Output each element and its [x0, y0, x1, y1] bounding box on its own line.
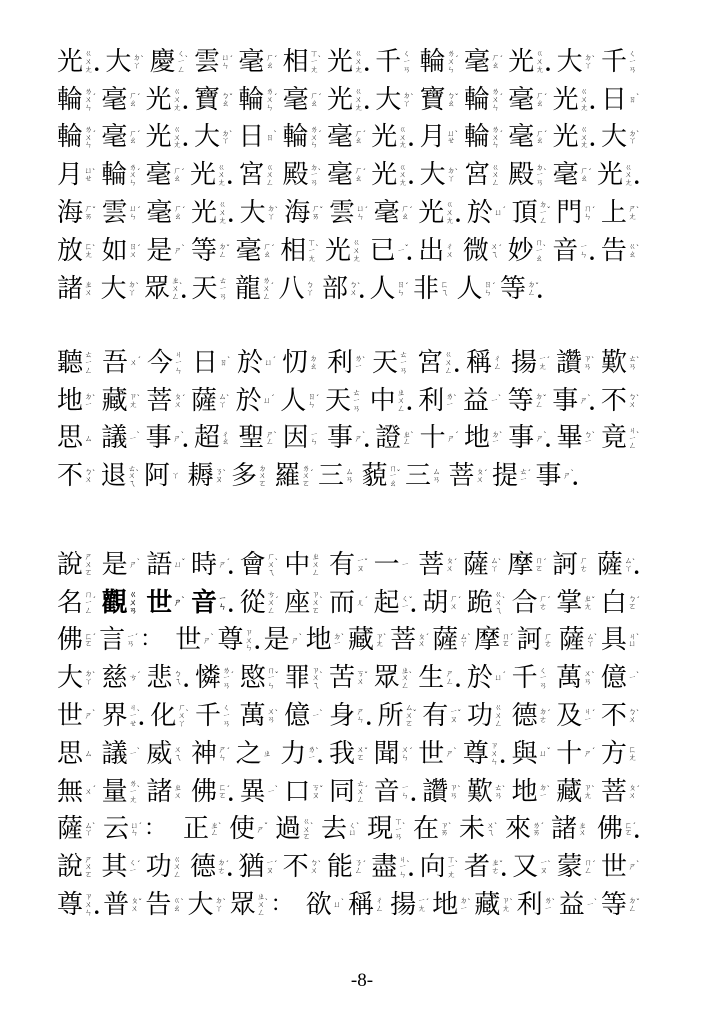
- tone-mark: ˊ: [92, 634, 96, 642]
- annotated-character: 大ㄉㄚˋ: [105, 49, 144, 75]
- punctuation-period: .: [228, 594, 234, 616]
- tone-mark: ˇ: [457, 710, 461, 718]
- annotated-character: 耨ㄋㄡˋ: [188, 463, 227, 489]
- zhuyin-annotation: ㄏㄠˊ: [265, 54, 274, 70]
- zhuyin-annotation: ㄓㄨ: [578, 822, 587, 838]
- hanzi: 千: [195, 703, 221, 729]
- annotated-character: 告ㄍㄠˋ: [601, 238, 640, 264]
- hanzi: 功: [467, 703, 493, 729]
- zhuyin-annotation: ㄑㄧㄥˋ: [177, 50, 186, 73]
- hanzi: 我: [329, 741, 355, 767]
- hanzi: 具: [601, 627, 627, 653]
- text-line: 輪ㄌㄨㄣˊ毫ㄏㄠˊ光ㄍㄨㄤ.寶ㄅㄠˇ輪ㄌㄨㄣˊ毫ㄏㄠˊ光ㄍㄨㄤ.大ㄉㄚˋ寶ㄅㄠˇ…: [57, 81, 640, 119]
- zhuyin-annotation: ㄕㄨㄛ: [84, 553, 93, 576]
- text-line: 放ㄈㄤˋ如ㄖㄨˊ是ㄕˋ等ㄉㄥˇ毫ㄏㄠˊ相ㄒㄧㄤˋ光ㄍㄨㄤ已ㄧˇ.出ㄔㄨ微ㄨㄟˊ妙…: [57, 232, 640, 270]
- punctuation-period: .: [254, 631, 260, 653]
- zhuyin-symbol: ㄤ: [354, 66, 362, 74]
- zhuyin-symbol: ㄢ: [400, 367, 408, 375]
- annotated-character: 諸ㄓㄨ: [146, 779, 185, 805]
- zhuyin-symbol: ㄣ: [399, 871, 407, 879]
- zhuyin-annotation: ㄈㄛˊ: [218, 784, 227, 800]
- hanzi: 世: [146, 590, 172, 616]
- zhuyin-annotation: ㄍㄨㄤ: [352, 239, 361, 262]
- annotated-character: 益ㄧˋ: [559, 892, 598, 918]
- zhuyin-symbol: ㄚ: [178, 720, 186, 728]
- zhuyin-annotation: ㄍㄠˋ: [628, 243, 637, 259]
- zhuyin-annotation: ㄉㄚˋ: [584, 54, 593, 70]
- annotated-character: 未ㄨㄟˋ: [459, 816, 498, 842]
- annotated-character: 事ㄕˋ.: [552, 388, 595, 414]
- zhuyin-annotation: ㄗㄢˋ: [583, 355, 592, 371]
- hanzi: 龍: [235, 276, 261, 302]
- hanzi: 事: [552, 388, 578, 414]
- hanzi: 地: [512, 779, 538, 805]
- annotated-character: 三ㄙㄢ: [318, 463, 357, 489]
- annotated-character: 宮ㄍㄨㄥ: [464, 162, 503, 188]
- tone-mark: ˊ: [543, 94, 547, 102]
- zhuyin-annotation: ㄩˋ: [333, 901, 342, 909]
- hanzi: 云: [103, 816, 129, 842]
- tone-mark: ˋ: [509, 899, 513, 907]
- hanzi: 不: [601, 388, 627, 414]
- hanzi: 會: [240, 552, 266, 578]
- zhuyin-annotation: ㄏㄨˊ: [449, 595, 458, 611]
- zhuyin-symbol: ㄠ: [389, 480, 397, 488]
- tone-mark: ˋ: [502, 786, 506, 794]
- zhuyin-annotation: ㄉㄚˋ: [628, 130, 637, 146]
- annotated-character: 者ㄓㄜˇ.: [464, 854, 507, 880]
- tone-mark: ˊ: [546, 357, 550, 365]
- tone-mark: ˊ: [138, 823, 142, 831]
- annotated-character: 天ㄊㄧㄢ: [372, 350, 411, 376]
- hanzi: 大: [375, 87, 401, 113]
- punctuation-colon: ：: [142, 816, 168, 842]
- tone-mark: ˊ: [502, 207, 506, 215]
- zhuyin-symbol: ㄥ: [445, 367, 453, 375]
- annotated-character: 毫ㄏㄠˊ: [508, 87, 547, 113]
- hanzi: 揚: [390, 892, 416, 918]
- hanzi: 普: [103, 892, 129, 918]
- tone-mark: ˇ: [181, 559, 185, 567]
- zhuyin-annotation: ㄌㄨㄛˊ: [302, 465, 311, 488]
- zhuyin-annotation: ㄓㄨ: [84, 281, 93, 297]
- tone-mark: ˇ: [319, 786, 323, 794]
- annotated-character: 光ㄍㄨㄤ.: [508, 49, 551, 75]
- zhuyin-annotation: ㄍㄨㄤ: [218, 201, 227, 224]
- annotated-character: 佛ㄈㄛˊ.: [191, 779, 234, 805]
- annotated-character: 音ㄧㄣ.: [374, 779, 417, 805]
- hanzi: 薩: [597, 552, 623, 578]
- zhuyin-annotation: ㄏㄨㄟˋ: [267, 553, 276, 576]
- tone-mark: ˋ: [547, 786, 551, 794]
- zhuyin-annotation: ㄨˊ: [129, 359, 138, 367]
- text-line: 尊ㄗㄨㄣ.普ㄆㄨˇ告ㄍㄠˋ大ㄉㄚˋ眾ㄓㄨㄥˋ：欲ㄩˋ稱ㄔㄥ揚ㄧㄤˊ地ㄉㄧˋ藏ㄗㄤ…: [57, 886, 640, 924]
- tone-mark: ˊ: [405, 283, 409, 291]
- hanzi: 光: [327, 87, 353, 113]
- zhuyin-annotation: ㄑㄧㄢ: [628, 50, 637, 73]
- hanzi: 語: [146, 552, 172, 578]
- zhuyin-symbol: ㄥ: [397, 405, 405, 413]
- annotated-character: 世ㄕˋ: [146, 590, 185, 616]
- tone-mark: ˋ: [341, 899, 345, 907]
- hanzi: 於: [236, 388, 262, 414]
- zhuyin-annotation: ㄐㄧㄝˋ: [129, 704, 138, 727]
- hanzi: 音: [552, 238, 578, 264]
- zhuyin-annotation: ㄑㄩˋ: [348, 822, 357, 838]
- zhuyin-annotation: ㄙㄚˋ: [459, 633, 468, 649]
- tone-mark: ˊ: [181, 207, 185, 215]
- zhuyin-annotation: ㄏㄠˊ: [310, 92, 319, 108]
- zhuyin-annotation: ㄕˋ: [173, 247, 182, 255]
- zhuyin-annotation: ㄖㄣˊ: [397, 281, 406, 297]
- tone-mark: ˊ: [134, 634, 138, 642]
- tone-mark: ˊ: [547, 710, 551, 718]
- hanzi: 不: [601, 703, 627, 729]
- zhuyin-symbol: ㄥ: [446, 678, 454, 686]
- zhuyin-symbol: ㄙ: [85, 435, 93, 443]
- zhuyin-annotation: ㄉㄧˋ: [84, 393, 93, 409]
- zhuyin-annotation: ㄌㄧㄢˊ: [222, 667, 231, 690]
- zhuyin-annotation: ㄗㄨㄣ: [490, 742, 499, 765]
- zhuyin-annotation: ㄍㄨㄤ: [398, 126, 407, 149]
- annotated-character: 名ㄇㄧㄥˊ: [57, 590, 96, 616]
- tone-mark: ˋ: [92, 245, 96, 253]
- hanzi: 於: [237, 350, 263, 376]
- annotated-character: 天ㄊㄧㄢ: [192, 276, 231, 302]
- hanzi: 於: [467, 665, 493, 691]
- hanzi: 讚: [422, 779, 448, 805]
- annotated-character: 因ㄧㄣ: [283, 425, 322, 451]
- zhuyin-symbol: ㄣ: [218, 603, 226, 611]
- zhuyin-annotation: ㄖㄣˊ: [484, 281, 493, 297]
- hanzi: 光: [418, 200, 444, 226]
- zhuyin-symbol: ㄛ: [303, 833, 311, 841]
- hanzi: 千: [375, 49, 401, 75]
- zhuyin-annotation: ㄉㄥˇ: [535, 393, 544, 409]
- annotated-character: 事ㄕˋ.: [327, 425, 370, 451]
- annotated-character: 從ㄘㄨㄥˊ: [240, 590, 279, 616]
- hanzi: 與: [512, 741, 538, 767]
- hanzi: 聞: [374, 741, 400, 767]
- tone-mark: ˊ: [92, 786, 96, 794]
- hanzi: 世: [175, 627, 201, 653]
- zhuyin-symbol: ㄠ: [310, 363, 318, 371]
- annotated-character: 毫ㄏㄠˊ: [464, 49, 503, 75]
- annotated-character: 音ㄧㄣ.: [191, 590, 234, 616]
- zhuyin-annotation: ㄙㄚˋ: [84, 822, 93, 838]
- tone-mark: ˊ: [543, 131, 547, 139]
- zhuyin-annotation: ㄓㄨ: [173, 784, 182, 800]
- zhuyin-annotation: ㄍㄨㄢ: [129, 591, 138, 614]
- annotated-character: 薩ㄙㄚˋ: [559, 627, 598, 653]
- tone-mark: ˇ: [264, 823, 268, 831]
- hanzi: 藏: [348, 627, 374, 653]
- tone-mark: ˊ: [272, 357, 276, 365]
- hanzi: 耨: [188, 463, 214, 489]
- annotated-character: 起ㄑㄧˇ.: [374, 590, 417, 616]
- hanzi: 毫: [374, 200, 400, 226]
- zhuyin-annotation: ㄉㄜˊ: [217, 859, 226, 875]
- tone-mark: ˊ: [270, 283, 274, 291]
- zhuyin-annotation: ㄨˊ: [84, 788, 93, 796]
- zhuyin-symbol: ㄛ: [85, 871, 93, 879]
- annotated-character: 利ㄌㄧˋ: [418, 388, 457, 414]
- hanzi: 超: [194, 425, 220, 451]
- zhuyin-annotation: ㄕㄤˋ: [628, 205, 637, 221]
- zhuyin-annotation: ㄩㄝˋ: [84, 167, 93, 183]
- annotated-character: 異ㄧˋ: [240, 779, 279, 805]
- zhuyin-symbol: ㄥ: [267, 607, 275, 615]
- punctuation-period: .: [364, 91, 370, 113]
- hanzi: 海: [57, 200, 83, 226]
- annotated-character: 事ㄕˋ.: [508, 425, 551, 451]
- zhuyin-annotation: ㄨㄟˊ: [490, 243, 499, 259]
- tone-mark: ˋ: [591, 786, 595, 794]
- annotated-character: 功ㄍㄨㄥ: [146, 854, 185, 880]
- zhuyin-symbol: ㄥ: [257, 909, 265, 917]
- zhuyin-annotation: ㄌㄧˋ: [544, 897, 553, 913]
- hanzi: 又: [512, 854, 538, 880]
- annotated-character: 菩ㄆㄨˊ: [449, 463, 488, 489]
- zhuyin-annotation: ㄊㄧㄢ: [399, 351, 408, 374]
- tone-mark: ˊ: [591, 710, 595, 718]
- zhuyin-annotation: ㄧㄤˊ: [417, 897, 426, 913]
- annotated-character: 眾ㄓㄨㄥˋ.: [144, 276, 187, 302]
- zhuyin-annotation: ㄉㄚˋ: [128, 281, 137, 297]
- annotated-character: 言ㄧㄢˊ：: [99, 627, 172, 653]
- annotated-character: 藏ㄗㄤˋ: [556, 779, 595, 805]
- zhuyin-annotation: ㄉㄥˇ: [628, 897, 637, 913]
- zhuyin-annotation: ㄇㄛˊ: [535, 557, 544, 573]
- hanzi: 起: [374, 590, 400, 616]
- annotated-character: 聽ㄊㄧㄥ: [57, 350, 96, 376]
- tone-mark: ˋ: [136, 470, 140, 478]
- tone-mark: ˊ: [632, 823, 636, 831]
- hanzi: 萬: [556, 665, 582, 691]
- annotated-character: 大ㄉㄚˋ: [557, 49, 596, 75]
- tone-mark: ˊ: [499, 131, 503, 139]
- annotated-character: 白ㄅㄛˊ: [601, 590, 640, 616]
- zhuyin-annotation: ㄕㄣˊ: [218, 746, 227, 762]
- hanzi: 界: [102, 703, 128, 729]
- zhuyin-symbol: ㄣ: [267, 682, 275, 690]
- hanzi: 薩: [463, 552, 489, 578]
- annotated-character: 告ㄍㄠˋ: [145, 892, 184, 918]
- annotated-character: 光ㄍㄨㄤ.: [553, 124, 596, 150]
- hanzi: 方: [601, 741, 627, 767]
- tone-mark: ˋ: [318, 169, 322, 177]
- tone-mark: ˇ: [226, 245, 230, 253]
- hanzi: 是: [146, 238, 172, 264]
- zhuyin-annotation: ㄩˇ: [539, 750, 548, 758]
- zhuyin-annotation: ㄙㄚˋ: [218, 393, 227, 409]
- zhuyin-annotation: ㄉㄧㄥˇ: [539, 201, 548, 224]
- tone-mark: ˊ: [364, 597, 368, 605]
- annotated-character: 菩ㄆㄨˊ: [390, 627, 429, 653]
- annotated-character: 掌ㄓㄤˇ: [556, 590, 595, 616]
- zhuyin-annotation: ㄉㄚˋ: [402, 92, 411, 108]
- punctuation-period: .: [500, 745, 506, 767]
- hanzi: 尊: [57, 892, 83, 918]
- tone-mark: ˋ: [499, 432, 503, 440]
- zhuyin-annotation: ㄌㄧˋ: [354, 355, 363, 371]
- hanzi: 盡: [371, 854, 397, 880]
- zhuyin-symbol: ㄤ: [399, 141, 407, 149]
- text-line: 光ㄍㄨㄤ.大ㄉㄚˋ慶ㄑㄧㄥˋ雲ㄩㄣˊ毫ㄏㄠˊ相ㄒㄧㄤˋ光ㄍㄨㄤ.千ㄑㄧㄢ輪ㄌㄨㄣ…: [57, 43, 640, 81]
- annotated-character: 會ㄏㄨㄟˋ: [240, 552, 279, 578]
- paragraph: 聽ㄊㄧㄥ吾ㄨˊ今ㄐㄧㄣ日ㄖˋ於ㄩˊ忉ㄉㄠ利ㄌㄧˋ天ㄊㄧㄢ宮ㄍㄨㄥ.稱ㄔㄥ揚ㄧㄤˊ…: [57, 344, 640, 495]
- hanzi: 向: [420, 854, 446, 880]
- hanzi: 化: [150, 703, 176, 729]
- zhuyin-annotation: ㄈㄟ: [440, 281, 449, 297]
- hanzi: 億: [284, 703, 310, 729]
- zhuyin-symbol: ㄥ: [539, 217, 547, 225]
- zhuyin-annotation: ㄓㄤˇ: [583, 595, 592, 611]
- hanzi: 八: [279, 276, 305, 302]
- zhuyin-annotation: ㄏㄞˇ: [311, 205, 320, 221]
- annotated-character: 輪ㄌㄨㄣˊ: [101, 162, 140, 188]
- annotated-character: 慈ㄘˊ: [102, 665, 141, 691]
- zhuyin-symbol: ㄢ: [219, 293, 227, 301]
- annotated-character: 來ㄌㄞˊ: [505, 816, 544, 842]
- hanzi: 光: [371, 124, 397, 150]
- annotated-character: 證ㄓㄥˋ: [375, 425, 414, 451]
- zhuyin-symbol: ㄢ: [310, 179, 318, 187]
- hanzi: 猶: [238, 854, 264, 880]
- tone-mark: ˋ: [226, 395, 230, 403]
- zhuyin-annotation: ㄕˇ: [256, 826, 265, 834]
- zhuyin-symbol: ㄛ: [259, 480, 267, 488]
- annotated-character: 座ㄗㄨㄛˋ: [284, 590, 323, 616]
- tone-mark: ˊ: [92, 597, 96, 605]
- hanzi: 中: [284, 552, 310, 578]
- zhuyin-annotation: ㄅㄠˇ: [447, 92, 456, 108]
- tone-mark: ˋ: [587, 395, 591, 403]
- zhuyin-annotation: ㄅㄟ: [173, 670, 182, 686]
- punctuation-period: .: [634, 166, 640, 188]
- hanzi: 佛: [57, 627, 83, 653]
- zhuyin-annotation: ㄖㄨˊ: [129, 243, 138, 259]
- tone-mark: ˇ: [364, 672, 368, 680]
- hanzi: 是: [264, 627, 290, 653]
- text-line: 名ㄇㄧㄥˊ觀ㄍㄨㄢ世ㄕˋ音ㄧㄣ.從ㄘㄨㄥˊ座ㄗㄨㄛˋ而ㄦˊ起ㄑㄧˇ.胡ㄏㄨˊ跪ㄍ…: [57, 584, 640, 622]
- zhuyin-annotation: ㄙㄨㄛˇ: [405, 704, 414, 727]
- annotated-character: 諸ㄓㄨ: [551, 816, 590, 842]
- hanzi: 地: [464, 425, 490, 451]
- hanzi: 殿: [283, 162, 309, 188]
- hanzi: 使: [229, 816, 255, 842]
- zhuyin-annotation: ㄅㄨˋ: [84, 468, 93, 484]
- hanzi: 大: [187, 892, 213, 918]
- annotated-character: 一ㄧ: [374, 552, 413, 578]
- tone-mark: ˋ: [636, 131, 640, 139]
- punctuation-period: .: [183, 669, 189, 691]
- zhuyin-symbol: ㄤ: [580, 104, 588, 112]
- zhuyin-annotation: ㄍㄨㄤ: [354, 50, 363, 73]
- annotated-character: 寶ㄅㄠˇ: [194, 87, 233, 113]
- zhuyin-annotation: ㄍㄨㄟˋ: [494, 591, 503, 614]
- zhuyin-annotation: ㄩˊ: [264, 359, 273, 367]
- tone-mark: ˊ: [315, 395, 319, 403]
- zhuyin-annotation: ㄧㄣ: [310, 431, 319, 447]
- tone-mark: ˊ: [455, 56, 459, 64]
- annotated-character: 之ㄓ: [236, 741, 275, 767]
- zhuyin-annotation: ㄨㄟ: [173, 746, 182, 762]
- hanzi: 事: [327, 425, 353, 451]
- zhuyin-symbol: ㄤ: [173, 141, 181, 149]
- annotated-character: 是ㄕˋ: [264, 627, 303, 653]
- punctuation-period: .: [407, 392, 413, 414]
- hanzi: 藏: [474, 892, 500, 918]
- annotated-character: 中ㄓㄨㄥ.: [370, 388, 413, 414]
- zhuyin-annotation: ㄉㄧˋ: [333, 633, 342, 649]
- hanzi: 光: [57, 49, 83, 75]
- zhuyin-annotation: ㄒㄧㄤˋ: [310, 50, 319, 73]
- zhuyin-annotation: ㄔㄥ: [493, 355, 502, 371]
- zhuyin-annotation: ㄩˇ: [173, 561, 182, 569]
- annotated-character: 是ㄕˋ: [146, 238, 185, 264]
- zhuyin-symbol: ㄟ: [174, 754, 182, 762]
- hanzi: 尊: [463, 741, 489, 767]
- zhuyin-annotation: ㄌㄨㄣˊ: [265, 88, 274, 111]
- annotated-character: 化ㄏㄨㄚˋ: [150, 703, 189, 729]
- zhuyin-annotation: ㄧㄣ: [579, 243, 588, 259]
- hanzi: 力: [280, 741, 306, 767]
- annotated-character: 上ㄕㄤˋ: [601, 200, 640, 226]
- zhuyin-annotation: ㄇㄧㄠˇ: [389, 465, 398, 488]
- hanzi: 薩: [432, 627, 458, 653]
- tone-mark: ˊ: [225, 861, 229, 869]
- tone-mark: ˋ: [92, 710, 96, 718]
- annotated-character: 光ㄍㄨㄤ.: [327, 87, 370, 113]
- zhuyin-annotation: ㄔㄠ: [221, 431, 230, 447]
- tone-mark: ˊ: [226, 748, 230, 756]
- zhuyin-annotation: ㄘˊ: [129, 674, 138, 682]
- zhuyin-annotation: ㄏㄠˊ: [128, 92, 137, 108]
- annotated-character: 毫ㄏㄠˊ: [101, 87, 140, 113]
- tone-mark: ˋ: [319, 597, 323, 605]
- zhuyin-symbol: ㄟ: [441, 289, 449, 297]
- annotated-character: 菩ㄆㄨˊ: [418, 552, 457, 578]
- zhuyin-annotation: ㄒㄧㄤˋ: [447, 856, 456, 879]
- hanzi: 音: [191, 590, 217, 616]
- zhuyin-symbol: ㄥ: [494, 363, 502, 371]
- annotated-character: 蒙ㄇㄥˊ: [557, 854, 596, 880]
- zhuyin-annotation: ㄉㄧˋ: [459, 897, 468, 913]
- zhuyin-annotation: ㄏㄠˊ: [173, 167, 182, 183]
- annotated-character: 事ㄕˋ.: [146, 425, 189, 451]
- hanzi: 說: [57, 552, 83, 578]
- annotated-character: 於ㄩˊ: [467, 665, 506, 691]
- zhuyin-symbol: ㄛ: [85, 569, 93, 577]
- zhuyin-annotation: ㄨㄣˊ: [401, 746, 410, 762]
- zhuyin-annotation: ㄨㄢˋ: [267, 708, 276, 724]
- hanzi: 座: [284, 590, 310, 616]
- tone-mark: ˊ: [136, 861, 140, 869]
- annotated-character: 日ㄖˋ: [601, 87, 640, 113]
- zhuyin-symbol: ㄟ: [174, 678, 182, 686]
- annotated-character: 毫ㄏㄠˊ: [508, 124, 547, 150]
- hanzi: 諸: [146, 779, 172, 805]
- zhuyin-annotation: ㄓㄜˇ: [491, 859, 500, 875]
- zhuyin-annotation: ㄧˇ: [397, 247, 406, 255]
- zhuyin-annotation: ㄓㄥˋ: [402, 431, 411, 447]
- tone-mark: ˊ: [498, 245, 502, 253]
- zhuyin-annotation: ㄩㄣˊ: [221, 54, 230, 70]
- zhuyin-symbol: ㄣ: [85, 104, 93, 112]
- zhuyin-annotation: ㄧㄢˊ: [126, 633, 135, 649]
- annotated-character: 其ㄑㄧˊ: [101, 854, 140, 880]
